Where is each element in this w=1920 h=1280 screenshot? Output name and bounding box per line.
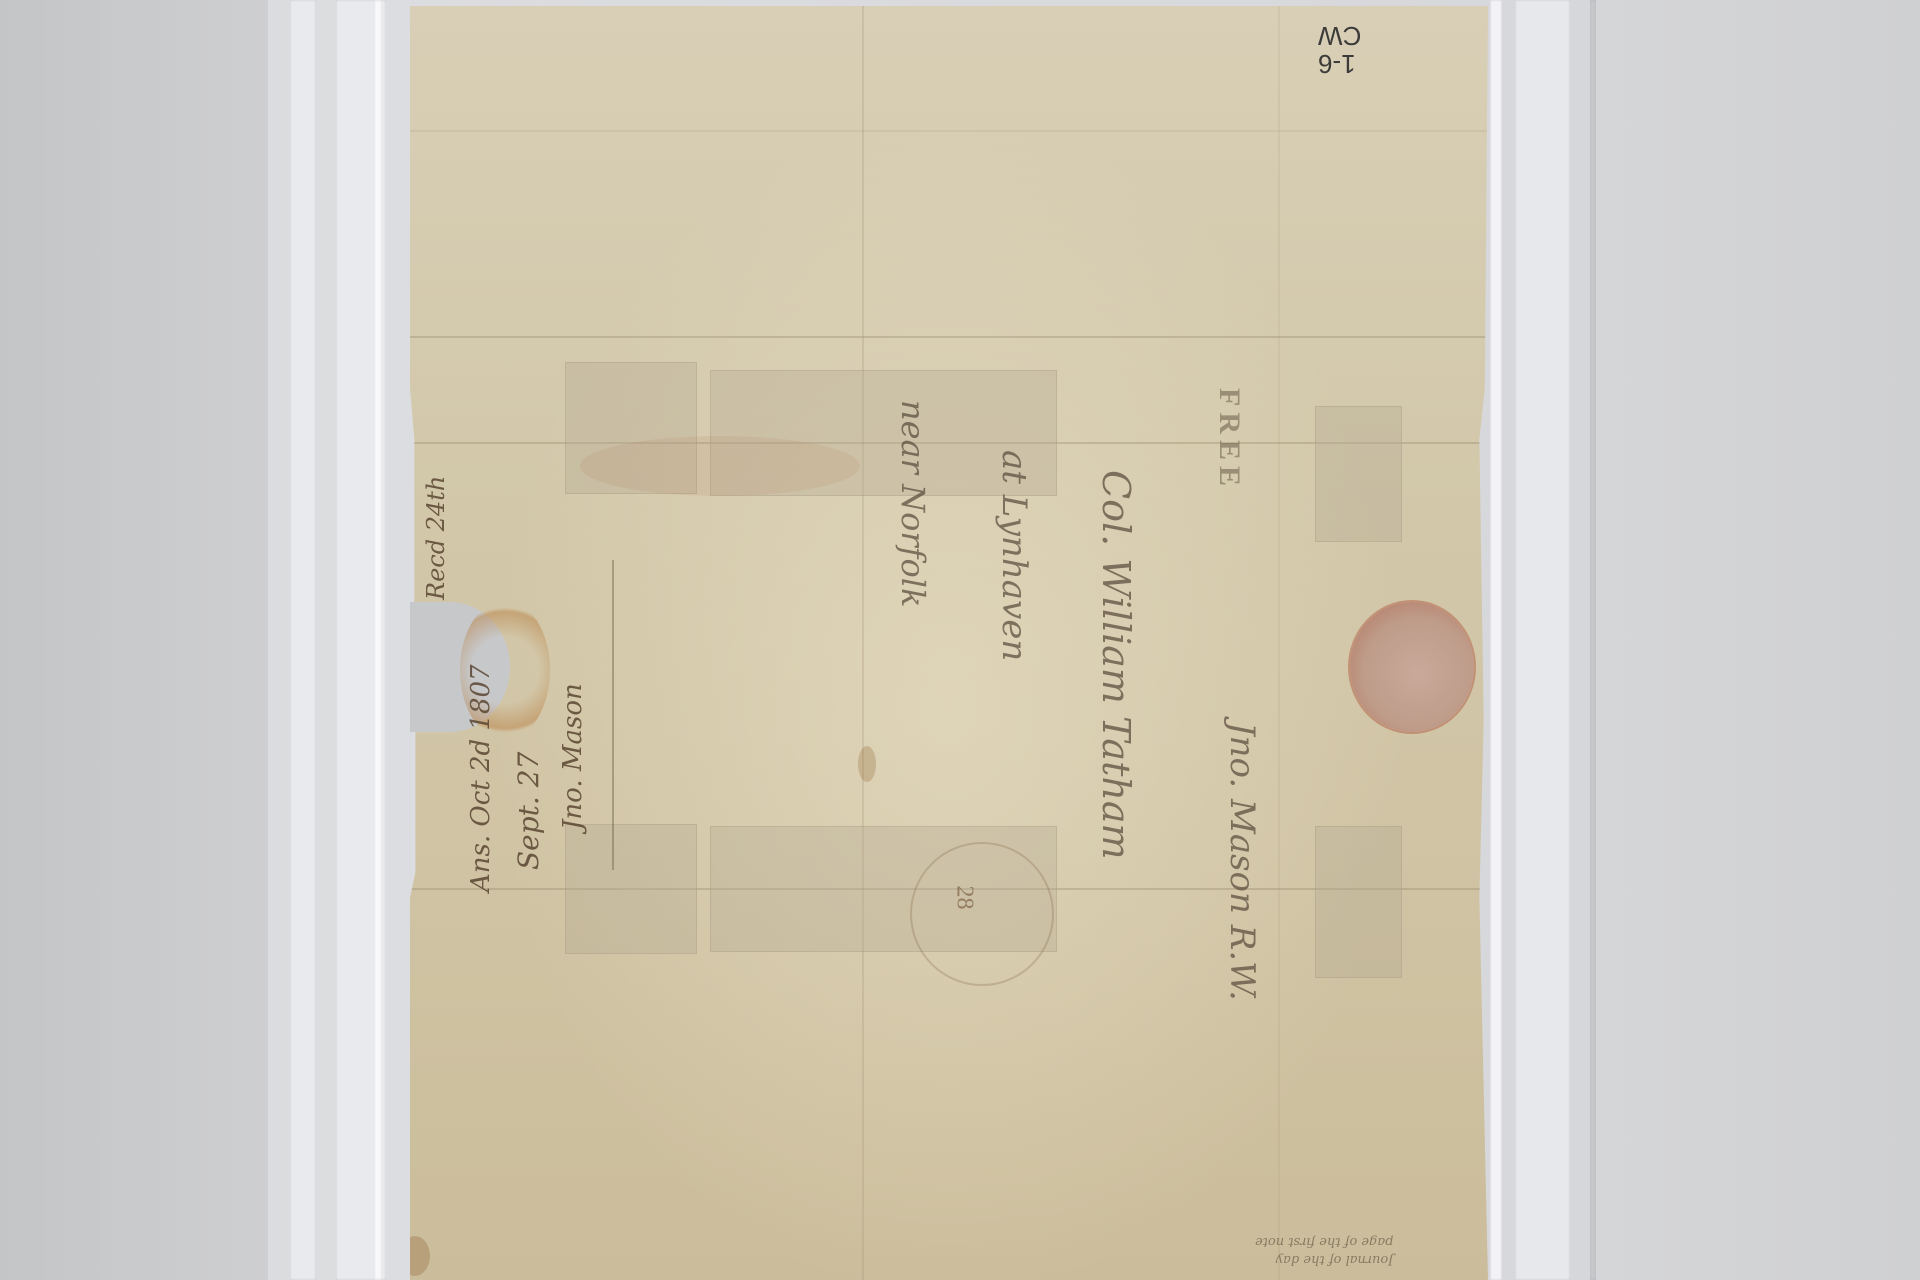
free-frank: FREE: [1212, 388, 1246, 492]
bottom-note: Journal of the day page of the first not…: [1255, 1232, 1393, 1268]
corner-notation-line1: 1-6: [1318, 50, 1378, 78]
holder-rail-right-outer: [1590, 0, 1596, 1280]
fold-line: [1278, 6, 1280, 1280]
hinge-tape: [1315, 406, 1402, 542]
fold-line: [410, 130, 1488, 132]
docket-line3: Ans. Oct 2d 1807: [466, 664, 496, 892]
foxing-stain: [858, 746, 876, 782]
holder-rail-left-outer: [290, 0, 316, 1280]
bottom-note-line2: page of the first note: [1255, 1232, 1393, 1250]
recipient-location: at Lynhaven: [994, 450, 1034, 661]
document-paper: [410, 6, 1488, 1280]
bottom-note-line1: Journal of the day: [1255, 1250, 1393, 1268]
holder-rail-right-inner: [1515, 0, 1570, 1280]
postmark: 28: [910, 842, 1054, 986]
hinge-tape: [1315, 826, 1402, 978]
docket-line2: Jno. Mason: [558, 683, 588, 830]
recipient-locality: near Norfolk: [894, 400, 932, 607]
photo-scene: red wax seal remnant 1-6 CW FREE Jno. Ma…: [0, 0, 1920, 1280]
holder-rail-left-edge: [374, 0, 382, 1280]
holder-rail-right-edge: [1490, 0, 1502, 1280]
hinge-tape: [565, 824, 697, 954]
recipient-name: Col. William Tatham: [1094, 470, 1138, 860]
docket-bracket: [612, 560, 614, 870]
franker-signature: Jno. Mason R.W.: [1222, 722, 1262, 1001]
corner-notation: 1-6 CW: [1318, 22, 1378, 78]
wax-seal: red wax seal remnant: [1350, 602, 1474, 732]
postmark-date: 28: [951, 886, 978, 910]
foxing-stain: [580, 436, 860, 496]
fold-line: [862, 6, 864, 1280]
docket-line4: Recd 24th: [422, 476, 450, 600]
fold-line: [410, 336, 1488, 338]
corner-notation-line2: CW: [1318, 22, 1378, 50]
docket-line1: Sept. 27: [512, 752, 545, 870]
